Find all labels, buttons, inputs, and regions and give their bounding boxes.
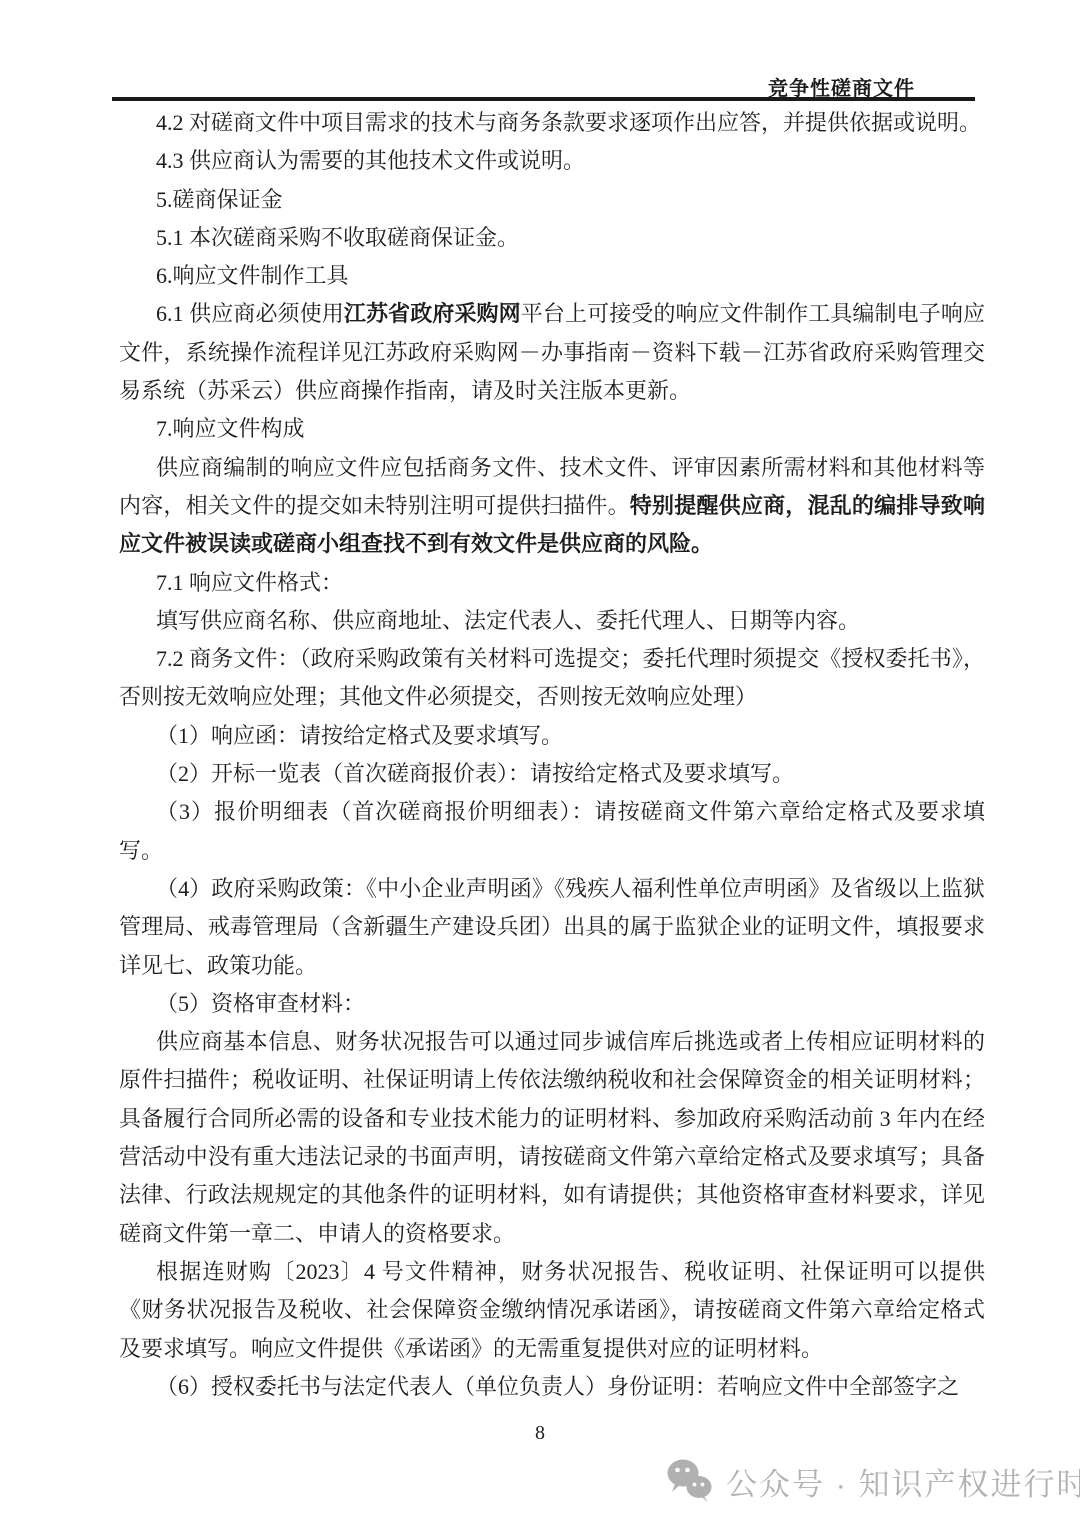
paragraph: （3）报价明细表（首次磋商报价明细表）：请按磋商文件第六章给定格式及要求填写。 (119, 793, 985, 870)
watermark: 公众号 · 知识产权进行时 (666, 1458, 1080, 1504)
paragraph: 4.2 对磋商文件中项目需求的技术与商务条款要求逐项作出应答，并提供依据或说明。 (119, 104, 985, 142)
text-run: （1）响应函：请按给定格式及要求填写。 (156, 723, 563, 748)
paragraph: （1）响应函：请按给定格式及要求填写。 (119, 717, 985, 755)
text-run: 4.2 对磋商文件中项目需求的技术与商务条款要求逐项作出应答，并提供依据或说明。 (156, 110, 981, 135)
text-run: 5.磋商保证金 (156, 187, 283, 212)
paragraph: 根据连财购〔2023〕4 号文件精神，财务状况报告、税收证明、社保证明可以提供《… (119, 1253, 985, 1368)
text-run: 供应商基本信息、财务状况报告可以通过同步诚信库后挑选或者上传相应证明材料的原件扫… (119, 1029, 985, 1245)
text-run: 填写供应商名称、供应商地址、法定代表人、委托代理人、日期等内容。 (156, 608, 860, 633)
paragraph: （2）开标一览表（首次磋商报价表）：请按给定格式及要求填写。 (119, 755, 985, 793)
paragraph: 填写供应商名称、供应商地址、法定代表人、委托代理人、日期等内容。 (119, 602, 985, 640)
bold-text-run: 江苏省政府采购网 (344, 301, 521, 326)
paragraph: 6.1 供应商必须使用江苏省政府采购网平台上可接受的响应文件制作工具编制电子响应… (119, 295, 985, 410)
text-run: 7.响应文件构成 (156, 416, 305, 441)
text-run: （5）资格审查材料： (156, 991, 365, 1016)
paragraph: 4.3 供应商认为需要的其他技术文件或说明。 (119, 142, 985, 180)
text-run: 7.1 响应文件格式： (156, 570, 343, 595)
text-run: 根据连财购〔2023〕4 号文件精神，财务状况报告、税收证明、社保证明可以提供《… (119, 1259, 985, 1361)
wechat-icon (666, 1458, 712, 1504)
text-run: （4）政府采购政策：《中小企业声明函》《残疾人福利性单位声明函》及省级以上监狱管… (119, 876, 985, 978)
text-run: 6.1 供应商必须使用 (156, 301, 344, 326)
paragraph: （5）资格审查材料： (119, 985, 985, 1023)
text-run: （6）授权委托书与法定代表人（单位负责人）身份证明：若响应文件中全部签字之 (156, 1374, 959, 1399)
paragraph: 供应商编制的响应文件应包括商务文件、技术文件、评审因素所需材料和其他材料等内容，… (119, 449, 985, 564)
text-run: （3）报价明细表（首次磋商报价明细表）：请按磋商文件第六章给定格式及要求填写。 (119, 799, 985, 862)
text-run: 4.3 供应商认为需要的其他技术文件或说明。 (156, 148, 585, 173)
paragraph: 7.1 响应文件格式： (119, 564, 985, 602)
watermark-text: 公众号 · 知识产权进行时 (726, 1459, 1080, 1504)
paragraph: 供应商基本信息、财务状况报告可以通过同步诚信库后挑选或者上传相应证明材料的原件扫… (119, 1023, 985, 1253)
paragraph: 6.响应文件制作工具 (119, 257, 985, 295)
text-run: 5.1 本次磋商采购不收取磋商保证金。 (156, 225, 519, 250)
text-run: 7.2 商务文件：（政府采购政策有关材料可选提交；委托代理时须提交《授权委托书》… (119, 646, 985, 709)
paragraph: 5.磋商保证金 (119, 181, 985, 219)
paragraph: 7.2 商务文件：（政府采购政策有关材料可选提交；委托代理时须提交《授权委托书》… (119, 640, 985, 717)
text-run: 6.响应文件制作工具 (156, 263, 349, 288)
paragraph: 7.响应文件构成 (119, 410, 985, 448)
paragraph: （4）政府采购政策：《中小企业声明函》《残疾人福利性单位声明函》及省级以上监狱管… (119, 870, 985, 985)
header-rule (112, 97, 975, 101)
paragraph: （6）授权委托书与法定代表人（单位负责人）身份证明：若响应文件中全部签字之 (119, 1368, 985, 1406)
document-body: 4.2 对磋商文件中项目需求的技术与商务条款要求逐项作出应答，并提供依据或说明。… (119, 104, 985, 1406)
text-run: （2）开标一览表（首次磋商报价表）：请按给定格式及要求填写。 (156, 761, 794, 786)
page-number: 8 (0, 1422, 1080, 1445)
paragraph: 5.1 本次磋商采购不收取磋商保证金。 (119, 219, 985, 257)
